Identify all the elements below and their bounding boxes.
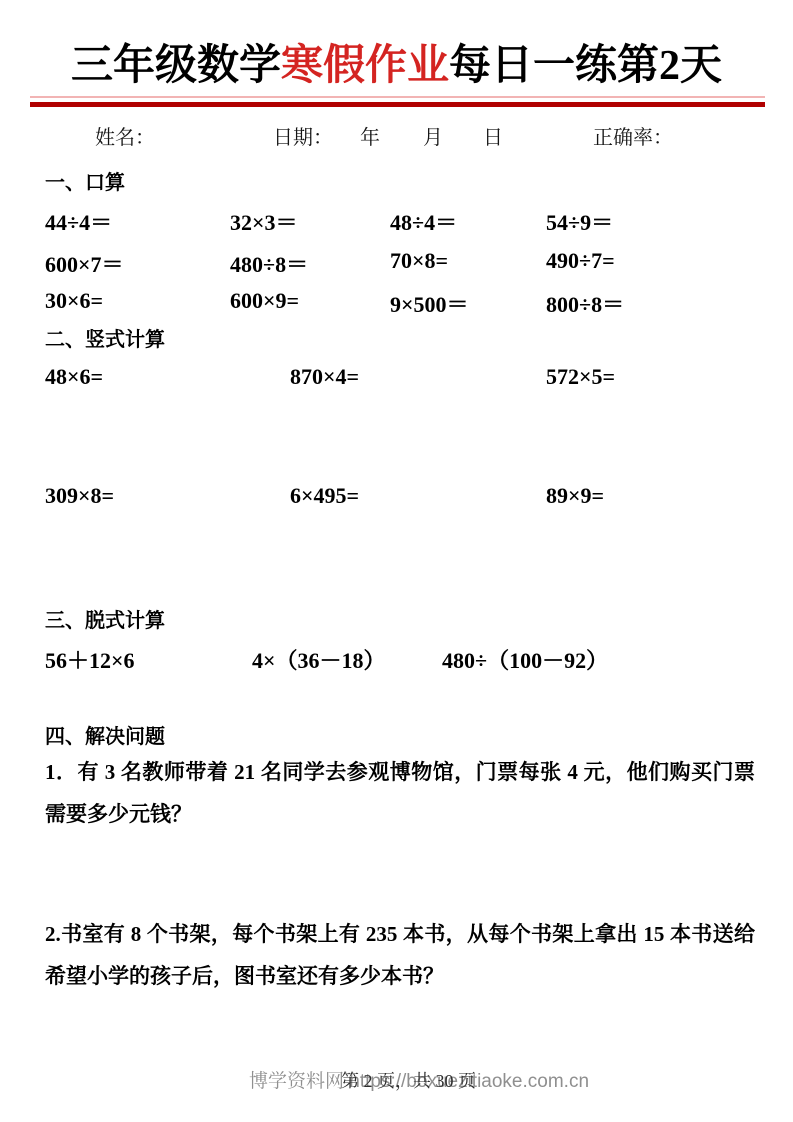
math-problem: 48×6= bbox=[45, 364, 290, 390]
section-heading-vertical-calculation: 二、竖式计算 bbox=[45, 323, 165, 352]
math-problem: 4×（36－18） bbox=[252, 644, 442, 675]
title-text-right: 每日一练第2天 bbox=[449, 43, 722, 89]
date-label: 日期： bbox=[273, 121, 333, 150]
year-label: 年 bbox=[360, 121, 380, 150]
page-title: 三年级数学寒假作业每日一练第2天 bbox=[0, 42, 793, 90]
math-problem: 70×8= bbox=[390, 248, 546, 279]
red-divider-line bbox=[30, 102, 765, 107]
section-heading-oral-calculation: 一、口算 bbox=[45, 166, 125, 195]
math-problem: 490÷7= bbox=[546, 248, 765, 279]
math-problem: 48÷4＝ bbox=[390, 206, 546, 237]
math-problem: 480÷8＝ bbox=[230, 248, 390, 279]
name-label: 姓名： bbox=[95, 121, 155, 150]
math-problem: 89×9= bbox=[546, 483, 765, 509]
math-problem: 6×495= bbox=[290, 483, 546, 509]
oral-row-3: 30×6= 600×9= 9×500＝ 800÷8＝ bbox=[45, 288, 765, 319]
math-problem: 56＋12×6 bbox=[45, 644, 252, 675]
red-divider-accent bbox=[30, 96, 765, 98]
vertical-row-2: 309×8= 6×495= 89×9= bbox=[45, 483, 765, 509]
word-problem-1: 1．有 3 名教师带着 21 名同学去参观博物馆，门票每张 4 元，他们购买门票… bbox=[45, 751, 755, 835]
stepwise-row: 56＋12×6 4×（36－18） 480÷（100－92） bbox=[45, 644, 765, 675]
math-problem: 9×500＝ bbox=[390, 288, 546, 319]
oral-row-2: 600×7＝ 480÷8＝ 70×8= 490÷7= bbox=[45, 248, 765, 279]
section-heading-stepwise-calculation: 三、脱式计算 bbox=[45, 604, 165, 633]
title-text-left: 三年级数学 bbox=[71, 43, 281, 89]
day-label: 日 bbox=[483, 121, 503, 150]
math-problem: 309×8= bbox=[45, 483, 290, 509]
math-problem: 480÷（100－92） bbox=[442, 644, 765, 675]
title-highlight: 寒假作业 bbox=[281, 43, 449, 89]
math-problem: 870×4= bbox=[290, 364, 546, 390]
oral-row-1: 44÷4＝ 32×3＝ 48÷4＝ 54÷9＝ bbox=[45, 206, 765, 237]
math-problem: 44÷4＝ bbox=[45, 206, 230, 237]
section-heading-word-problems: 四、解决问题 bbox=[45, 720, 165, 749]
math-problem: 32×3＝ bbox=[230, 206, 390, 237]
vertical-row-1: 48×6= 870×4= 572×5= bbox=[45, 364, 765, 390]
month-label: 月 bbox=[423, 121, 443, 150]
page-number: 第 2 页，共 30 页 bbox=[341, 1067, 476, 1093]
math-problem: 30×6= bbox=[45, 288, 230, 319]
word-problem-2: 2.书室有 8 个书架，每个书架上有 235 本书，从每个书架上拿出 15 本书… bbox=[45, 913, 755, 997]
math-problem: 54÷9＝ bbox=[546, 206, 765, 237]
accuracy-label: 正确率： bbox=[593, 121, 673, 150]
math-problem: 800÷8＝ bbox=[546, 288, 765, 319]
math-problem: 600×9= bbox=[230, 288, 390, 319]
student-info-row: 姓名： 日期： 年 月 日 正确率： bbox=[0, 121, 793, 149]
math-problem: 572×5= bbox=[546, 364, 765, 390]
worksheet-page: 三年级数学寒假作业每日一练第2天 姓名： 日期： 年 月 日 正确率： 一、口算… bbox=[0, 0, 793, 1122]
math-problem: 600×7＝ bbox=[45, 248, 230, 279]
